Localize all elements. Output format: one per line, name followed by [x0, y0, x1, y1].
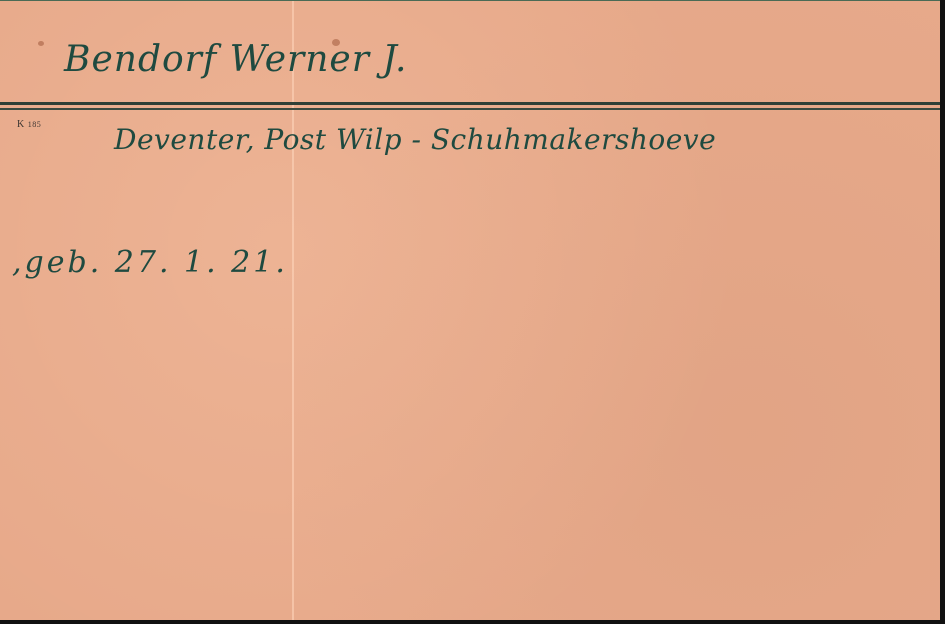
label-number: 185 [28, 120, 42, 129]
fold-crease [292, 1, 294, 620]
printed-card-label: K185 [17, 119, 41, 130]
paper-stain [38, 41, 44, 46]
header-rule-top [0, 102, 940, 105]
label-prefix: K [17, 119, 25, 130]
header-rule-bottom [0, 108, 940, 110]
handwritten-name: Bendorf Werner J. [64, 39, 407, 80]
handwritten-address: Deventer, Post Wilp - Schuhmakershoeve [114, 123, 716, 156]
index-card: Bendorf Werner J. K185 Deventer, Post Wi… [0, 0, 940, 620]
handwritten-birth-date: ,geb. 27. 1. 21. [12, 245, 288, 280]
